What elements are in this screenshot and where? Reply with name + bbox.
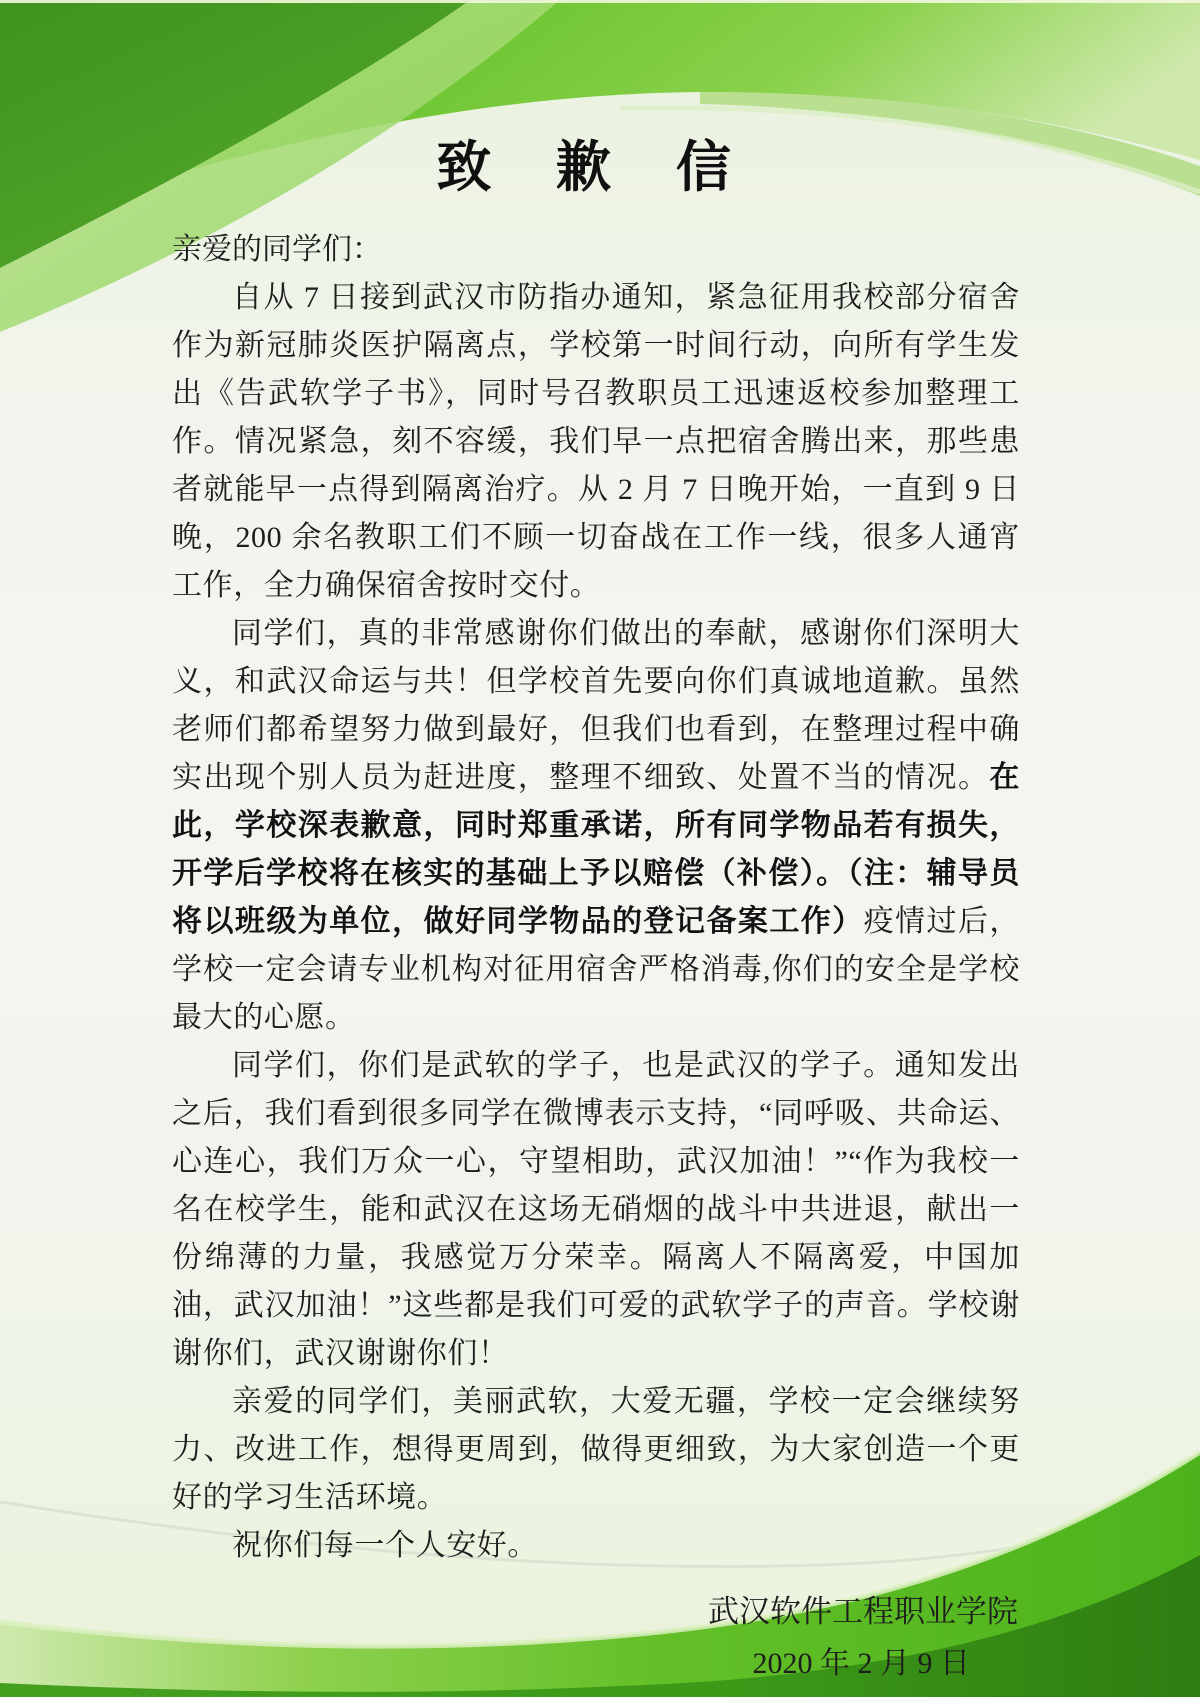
body-text: 祝你们每一个人安好。 bbox=[232, 1529, 538, 1562]
letter-content: 致 歉 信 亲爱的同学们： 自从 7 日接到武汉市防指办通知，紧急征用我校部分宿… bbox=[0, 0, 1200, 1690]
body-text: 同学们，真的非常感谢你们做出的奉献，感谢你们深明大义，和武汉命运与共！但学校首先… bbox=[172, 617, 1020, 794]
letter-body: 自从 7 日接到武汉市防指办通知，紧急征用我校部分宿舍作为新冠肺炎医护隔离点，学… bbox=[172, 274, 1020, 1570]
letter-paragraph: 同学们，真的非常感谢你们做出的奉献，感谢你们深明大义，和武汉命运与共！但学校首先… bbox=[172, 610, 1020, 1042]
salutation: 亲爱的同学们： bbox=[172, 226, 1020, 274]
letter-paragraph: 亲爱的同学们，美丽武软，大爱无疆，学校一定会继续努力、改进工作，想得更周到，做得… bbox=[172, 1378, 1020, 1522]
body-text: 自从 7 日接到武汉市防指办通知，紧急征用我校部分宿舍作为新冠肺炎医护隔离点，学… bbox=[172, 281, 1020, 602]
signature-date: 2020 年 2 月 9 日 bbox=[172, 1638, 1020, 1690]
body-text: 同学们，你们是武软的学子，也是武汉的学子。通知发出之后，我们看到很多同学在微博表… bbox=[172, 1049, 1020, 1370]
letter-title: 致 歉 信 bbox=[172, 136, 1020, 198]
letter-paragraph: 同学们，你们是武软的学子，也是武汉的学子。通知发出之后，我们看到很多同学在微博表… bbox=[172, 1042, 1020, 1378]
letter-paragraph: 自从 7 日接到武汉市防指办通知，紧急征用我校部分宿舍作为新冠肺炎医护隔离点，学… bbox=[172, 274, 1020, 610]
signature-school-name: 武汉软件工程职业学院 bbox=[172, 1586, 1020, 1638]
letter-paragraph: 祝你们每一个人安好。 bbox=[172, 1522, 1020, 1570]
body-text: 亲爱的同学们，美丽武软，大爱无疆，学校一定会继续努力、改进工作，想得更周到，做得… bbox=[172, 1385, 1020, 1514]
apology-letter-page: 致 歉 信 亲爱的同学们： 自从 7 日接到武汉市防指办通知，紧急征用我校部分宿… bbox=[0, 0, 1200, 1697]
